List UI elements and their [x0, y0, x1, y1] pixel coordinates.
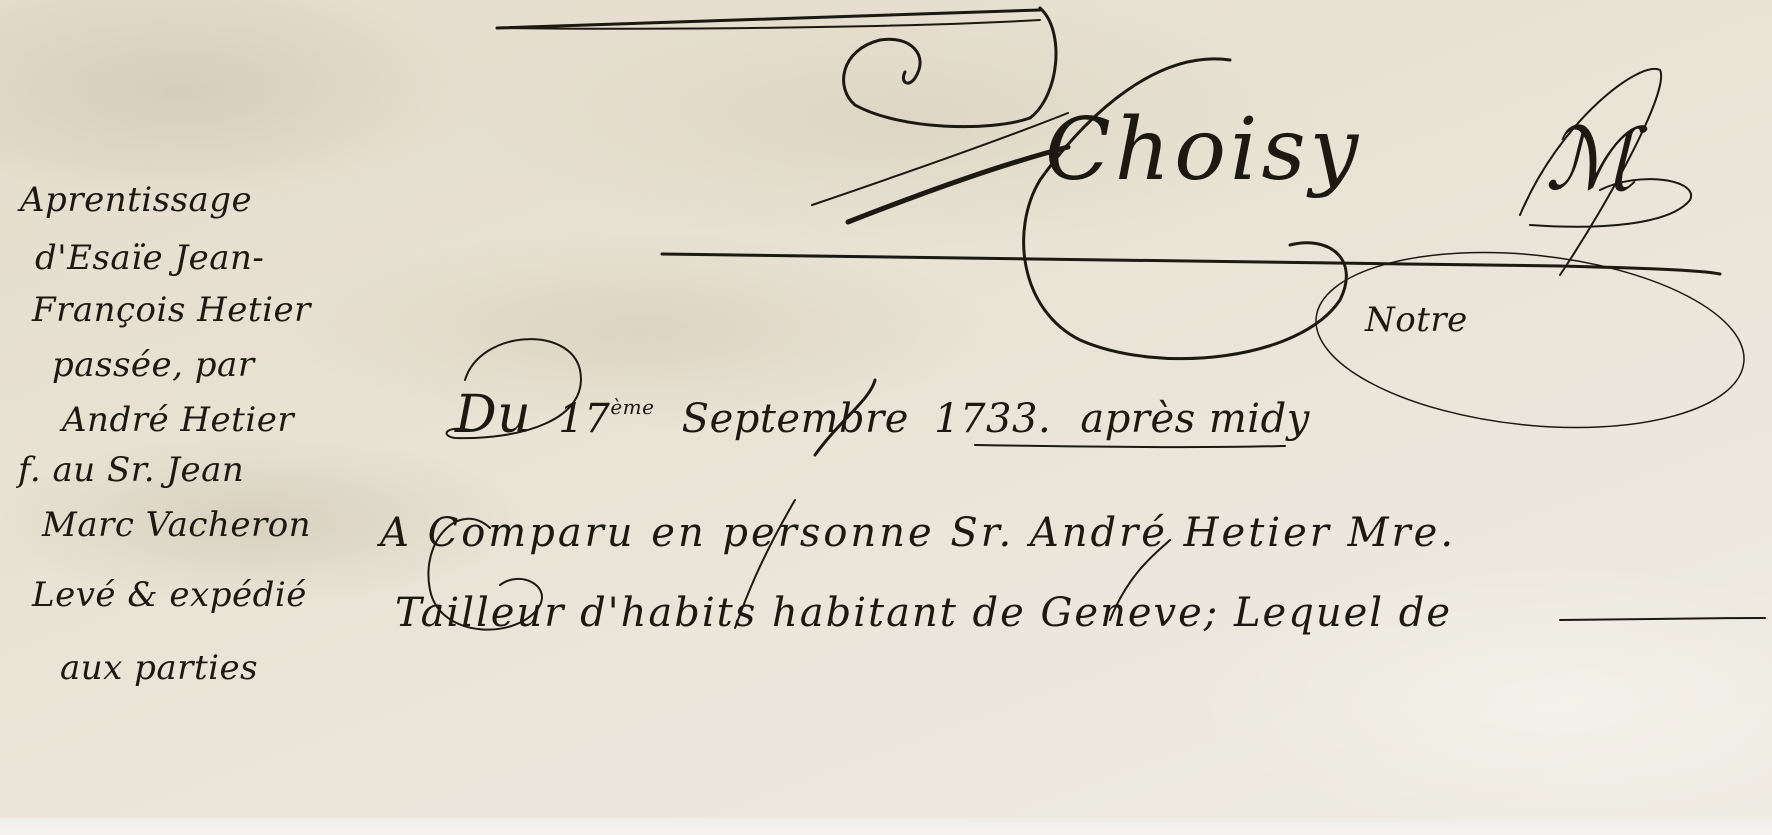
date-year: 1733.: [934, 396, 1051, 442]
date-month: Septembre: [682, 396, 909, 442]
date-prefix: Du: [455, 385, 531, 445]
notary-mark: Notre: [1365, 300, 1468, 340]
margin-line-5: André Hetier: [62, 400, 294, 440]
date-day: 17: [558, 396, 610, 442]
date-time: après midy: [1080, 396, 1309, 442]
margin-line-7: Marc Vacheron: [42, 505, 311, 545]
margin-line-4: passée, par: [52, 345, 255, 385]
signature-choisy: Choisy: [1045, 100, 1362, 200]
date-day-suffix: ème: [610, 395, 654, 419]
page-bottom-edge: [0, 818, 1772, 835]
margin-line-6: f. au Sr. Jean: [18, 450, 244, 490]
margin-line-2: d'Esaïe Jean-: [35, 238, 264, 278]
margin-line-1: Aprentissage: [20, 180, 252, 220]
margin-line-9: aux parties: [60, 648, 258, 688]
body-line-2: A Comparu en personne Sr. André Hetier M…: [380, 510, 1456, 556]
date-line: Du 17ème Septembre 1733. après midy: [455, 385, 1310, 445]
margin-line-8: Levé & expédié: [32, 575, 307, 615]
signature-paraph: ℳ: [1545, 110, 1641, 210]
body-line-3: Tailleur d'habits habitant de Geneve; Le…: [395, 590, 1452, 636]
margin-line-3: François Hetier: [32, 290, 311, 330]
